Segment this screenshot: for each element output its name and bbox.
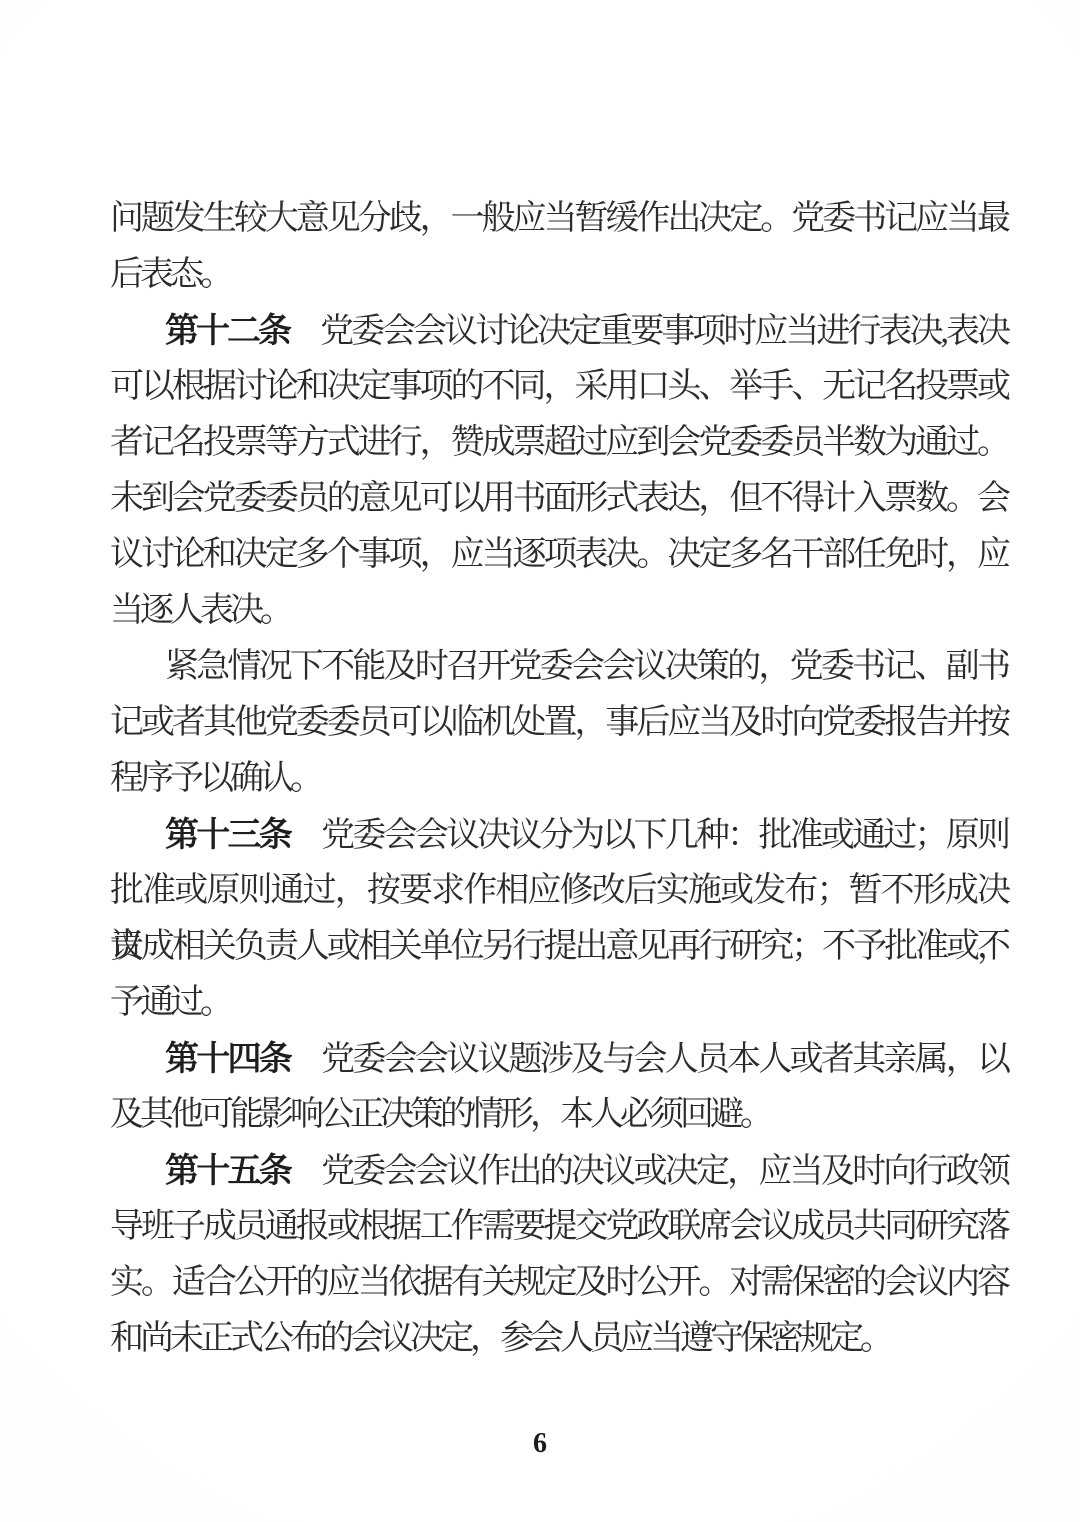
text-line: 责成相关负责人或相关单位另行提出意见再行研究；不予批准或不 (110, 919, 1007, 975)
text-line: 可以根据讨论和决定事项的不同，采用口头、举手、无记名投票或 (110, 359, 1007, 415)
text-line: 问题发生较大意见分歧，一般应当暂缓作出决定。党委书记应当最 (110, 191, 1007, 247)
text-line: 导班子成员通报或根据工作需要提交党政联席会议成员共同研究落 (110, 1199, 1007, 1255)
line-text: 党委会会议作出的决议或决定，应当及时向行政领 (321, 1153, 1007, 1190)
text-line: 记或者其他党委委员可以临机处置，事后应当及时向党委报告并按 (110, 695, 1007, 751)
article-number-label: 第十三条 (165, 816, 321, 854)
line-text: 党委会会议议题涉及与会人员本人或者其亲属，以 (321, 1041, 1007, 1078)
text-line: 第十四条 党委会会议议题涉及与会人员本人或者其亲属，以 (110, 1031, 1007, 1087)
text-line: 紧急情况下不能及时召开党委会会议决策的，党委书记、副书 (110, 639, 1007, 695)
text-line: 程序予以确认。 (110, 751, 1007, 807)
text-line: 第十二条 党委会会议讨论决定重要事项时应当进行表决,表决 (110, 303, 1007, 359)
text-line: 未到会党委委员的意见可以用书面形式表达，但不得计入票数。会 (110, 471, 1007, 527)
text-line: 及其他可能影响公正决策的情形，本人必须回避。 (110, 1087, 1007, 1143)
text-line: 者记名投票等方式进行，赞成票超过应到会党委委员半数为通过。 (110, 415, 1007, 471)
article-number-label: 第十二条 (165, 312, 320, 350)
text-line: 予通过。 (110, 975, 1007, 1031)
document-text-block: 问题发生较大意见分歧，一般应当暂缓作出决定。党委书记应当最后表态。第十二条 党委… (110, 191, 1007, 1367)
text-line: 实。适合公开的应当依据有关规定及时公开。对需保密的会议内容 (110, 1255, 1007, 1311)
text-line: 批准或原则通过，按要求作相应修改后实施或发布；暂不形成决议， (110, 863, 1007, 919)
text-line: 议讨论和决定多个事项，应当逐项表决。决定多名干部任免时，应 (110, 527, 1007, 583)
text-line: 后表态。 (110, 247, 1007, 303)
line-text: 党委会会议讨论决定重要事项时应当进行表决,表决 (320, 313, 1007, 350)
article-number-label: 第十四条 (165, 1040, 321, 1078)
text-line: 和尚未正式公布的会议决定，参会人员应当遵守保密规定。 (110, 1311, 1007, 1367)
text-line: 当逐人表决。 (110, 583, 1007, 639)
document-page: 问题发生较大意见分歧，一般应当暂缓作出决定。党委书记应当最后表态。第十二条 党委… (0, 0, 1080, 1522)
text-line: 第十五条 党委会会议作出的决议或决定，应当及时向行政领 (110, 1143, 1007, 1199)
text-line: 第十三条 党委会会议决议分为以下几种：批准或通过；原则 (110, 807, 1007, 863)
line-text: 党委会会议决议分为以下几种：批准或通过；原则 (321, 817, 1007, 854)
page-number: 6 (0, 1428, 1080, 1460)
article-number-label: 第十五条 (165, 1152, 321, 1190)
